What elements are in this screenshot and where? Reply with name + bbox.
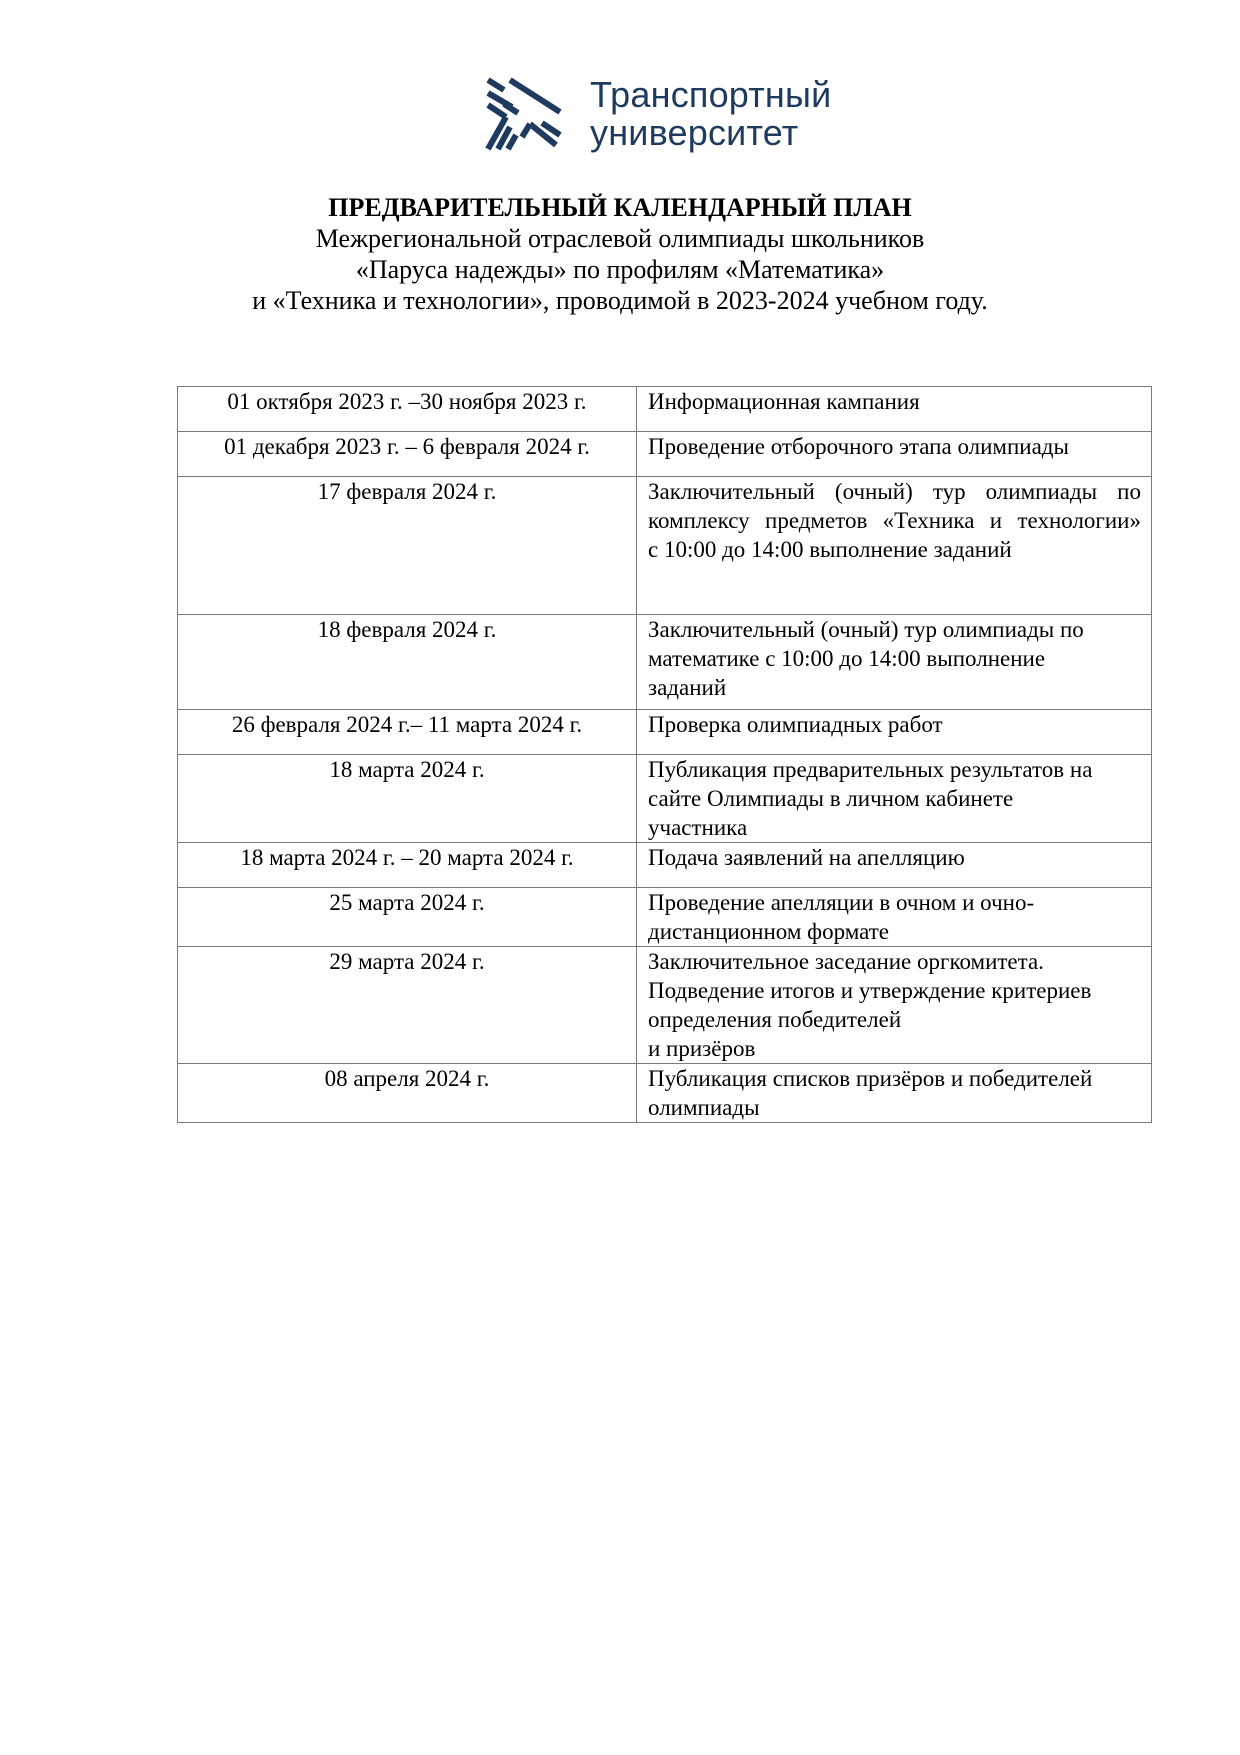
schedule-event-line: заданий [648,673,1141,702]
table-row: 01 октября 2023 г. –30 ноября 2023 г.Инф… [178,387,1152,432]
schedule-date: 08 апреля 2024 г. [178,1064,637,1123]
document-subtitle-line1: Межрегиональной отраслевой олимпиады шко… [0,223,1240,254]
schedule-event-line: Публикация предварительных результатов н… [648,755,1141,784]
schedule-event-line: Проведение отборочного этапа олимпиады [648,432,1141,461]
document-subtitle-line3: и «Техника и технологии», проводимой в 2… [0,285,1240,316]
schedule-event-line: Подведение итогов и утверждение критерие… [648,976,1141,1005]
schedule-event-line: Проверка олимпиадных работ [648,710,1141,739]
schedule-event-line: Публикация списков призёров и победителе… [648,1064,1141,1093]
schedule-event: Проведение апелляции в очном и очно-дист… [637,888,1152,947]
schedule-event: Заключительный (очный) тур олимпиады пом… [637,615,1152,710]
schedule-event-line: определения победителей [648,1005,1141,1034]
schedule-date: 26 февраля 2024 г.– 11 марта 2024 г. [178,710,637,755]
schedule-event: Проведение отборочного этапа олимпиады [637,432,1152,477]
schedule-event-line: Заключительное заседание оргкомитета. [648,947,1141,976]
schedule-event-line: и призёров [648,1034,1141,1063]
table-row: 17 февраля 2024 г.Заключительный (очный)… [178,477,1152,615]
table-row: 26 февраля 2024 г.– 11 марта 2024 г.Пров… [178,710,1152,755]
schedule-date: 18 марта 2024 г. [178,755,637,843]
schedule-event: Заключительный (очный) тур олимпиады пок… [637,477,1152,615]
schedule-date: 18 февраля 2024 г. [178,615,637,710]
table-row: 25 марта 2024 г.Проведение апелляции в о… [178,888,1152,947]
table-row: 18 марта 2024 г. – 20 марта 2024 г.Подач… [178,843,1152,888]
schedule-event-line: комплексу предметов «Техника и технологи… [648,506,1141,535]
schedule-date: 25 марта 2024 г. [178,888,637,947]
transport-university-logo-icon [484,77,562,151]
schedule-event-line: с 10:00 до 14:00 выполнение заданий [648,535,1141,564]
schedule-event-line: олимпиады [648,1093,1141,1122]
university-logo: Транспортный университет [484,76,831,152]
university-name: Транспортный университет [590,76,831,152]
schedule-date: 01 октября 2023 г. –30 ноября 2023 г. [178,387,637,432]
schedule-event: Информационная кампания [637,387,1152,432]
document-title: ПРЕДВАРИТЕЛЬНЫЙ КАЛЕНДАРНЫЙ ПЛАН [0,192,1240,223]
table-row: 08 апреля 2024 г.Публикация списков приз… [178,1064,1152,1123]
document-heading: ПРЕДВАРИТЕЛЬНЫЙ КАЛЕНДАРНЫЙ ПЛАН Межреги… [0,192,1240,316]
schedule-event: Подача заявлений на апелляцию [637,843,1152,888]
table-row: 29 марта 2024 г.Заключительное заседание… [178,947,1152,1064]
table-row: 01 декабря 2023 г. – 6 февраля 2024 г.Пр… [178,432,1152,477]
schedule-table: 01 октября 2023 г. –30 ноября 2023 г.Инф… [177,386,1152,1123]
schedule-event-line: Заключительный (очный) тур олимпиады по [648,615,1141,644]
schedule-date: 29 марта 2024 г. [178,947,637,1064]
schedule-date: 17 февраля 2024 г. [178,477,637,615]
document-subtitle-line2: «Паруса надежды» по профилям «Математика… [0,254,1240,285]
university-name-line1: Транспортный [590,76,831,114]
schedule-event-line: дистанционном формате [648,917,1141,946]
schedule-event-line: сайте Олимпиады в личном кабинете [648,784,1141,813]
schedule-event-line: Заключительный (очный) тур олимпиады по [648,477,1141,506]
schedule-event-line: Информационная кампания [648,387,1141,416]
table-row: 18 марта 2024 г.Публикация предварительн… [178,755,1152,843]
schedule-event-line: математике с 10:00 до 14:00 выполнение [648,644,1141,673]
schedule-event-line: участника [648,813,1141,842]
schedule-event-line: Проведение апелляции в очном и очно- [648,888,1141,917]
schedule-event: Публикация предварительных результатов н… [637,755,1152,843]
schedule-event-line: Подача заявлений на апелляцию [648,843,1141,872]
schedule-date: 01 декабря 2023 г. – 6 февраля 2024 г. [178,432,637,477]
schedule-event: Заключительное заседание оргкомитета.Под… [637,947,1152,1064]
schedule-date: 18 марта 2024 г. – 20 марта 2024 г. [178,843,637,888]
table-row: 18 февраля 2024 г.Заключительный (очный)… [178,615,1152,710]
university-name-line2: университет [590,114,831,152]
schedule-event: Публикация списков призёров и победителе… [637,1064,1152,1123]
schedule-event: Проверка олимпиадных работ [637,710,1152,755]
